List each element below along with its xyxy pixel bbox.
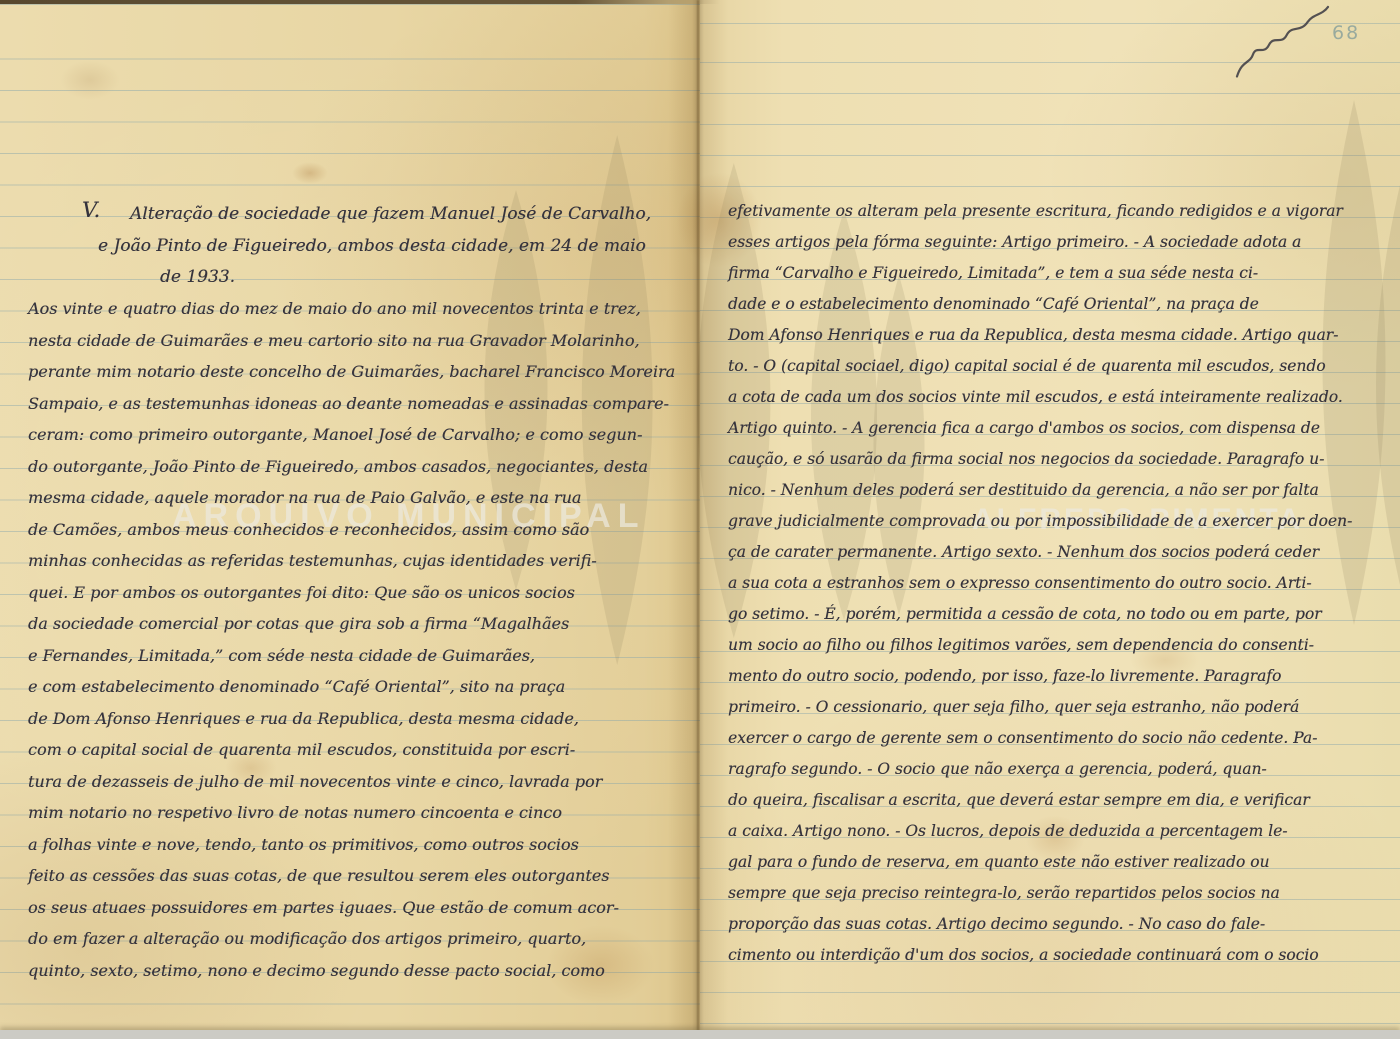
manuscript-line: Alteração de sociedade que fazem Manuel …: [130, 199, 688, 231]
manuscript-line: ça de carater permanente. Artigo sexto. …: [728, 537, 1373, 568]
manuscript-line: mim notario no respetivo livro de notas …: [28, 797, 688, 829]
manuscript-line: do outorgante, João Pinto de Figueiredo,…: [28, 451, 688, 483]
manuscript-line: quei. E por ambos os outorgantes foi dit…: [28, 577, 688, 609]
manuscript-line: a cota de cada um dos socios vinte mil e…: [728, 382, 1373, 413]
manuscript-line: e João Pinto de Figueiredo, ambos desta …: [98, 231, 688, 263]
manuscript-line: os seus atuaes possuidores em partes igu…: [28, 892, 688, 924]
manuscript-line: Aos vinte e quatro dias do mez de maio d…: [28, 293, 688, 325]
manuscript-line: Dom Afonso Henriques e rua da Republica,…: [728, 320, 1373, 351]
scan-bottom-edge: [0, 1030, 1400, 1039]
manuscript-line: da sociedade comercial por cotas que gir…: [28, 608, 688, 640]
manuscript-line: go setimo. - É, porém, permitida a cessã…: [728, 599, 1373, 630]
manuscript-line: do queira, fiscalisar a escrita, que dev…: [728, 785, 1373, 816]
manuscript-line: perante mim notario deste concelho de Gu…: [28, 356, 688, 388]
manuscript-scan: ARQUIVO MUNICIPAL ALFREDO PIMENTA V. Alt…: [0, 0, 1400, 1039]
manuscript-line: esses artigos pela fórma seguinte: Artig…: [728, 227, 1373, 258]
manuscript-line: Artigo quinto. - A gerencia fica a cargo…: [728, 413, 1373, 444]
manuscript-line: a sua cota a estranhos sem o expresso co…: [728, 568, 1373, 599]
manuscript-line: feito as cessões das suas cotas, de que …: [28, 860, 688, 892]
manuscript-line: e Fernandes, Limitada,” com séde nesta c…: [28, 640, 688, 672]
archivist-page-number: 68: [1332, 22, 1360, 44]
manuscript-line: quinto, sexto, setimo, nono e decimo seg…: [28, 955, 688, 987]
manuscript-line: efetivamente os alteram pela presente es…: [728, 196, 1373, 227]
manuscript-line: nesta cidade de Guimarães e meu cartorio…: [28, 325, 688, 357]
manuscript-line: proporção das suas cotas. Artigo decimo …: [728, 909, 1373, 940]
manuscript-line: sempre que seja preciso reintegra-lo, se…: [728, 878, 1373, 909]
manuscript-line: nico. - Nenhum deles poderá ser destitui…: [728, 475, 1373, 506]
manuscript-line: mesma cidade, aquele morador na rua de P…: [28, 482, 688, 514]
manuscript-line: grave judicialmente comprovada ou por im…: [728, 506, 1373, 537]
manuscript-line: com o capital social de quarenta mil esc…: [28, 734, 688, 766]
manuscript-line: dade e o estabelecimento denominado “Caf…: [728, 289, 1373, 320]
manuscript-line: firma “Carvalho e Figueiredo, Limitada”,…: [728, 258, 1373, 289]
manuscript-line: cimento ou interdição d'um dos socios, a…: [728, 940, 1373, 971]
manuscript-line: tura de dezasseis de julho de mil novece…: [28, 766, 688, 798]
manuscript-line: mento do outro socio, podendo, por isso,…: [728, 661, 1373, 692]
manuscript-line: e com estabelecimento denominado “Café O…: [28, 671, 688, 703]
deed-title: Alteração de sociedade que fazem Manuel …: [28, 199, 688, 294]
manuscript-line: a folhas vinte e nove, tendo, tanto os p…: [28, 829, 688, 861]
manuscript-line: exercer o cargo de gerente sem o consent…: [728, 723, 1373, 754]
manuscript-line: de 1933.: [160, 262, 688, 294]
manuscript-line: a caixa. Artigo nono. - Os lucros, depoi…: [728, 816, 1373, 847]
manuscript-line: to. - O (capital sociael, digo) capital …: [728, 351, 1373, 382]
manuscript-line: de Dom Afonso Henriques e rua da Republi…: [28, 703, 688, 735]
manuscript-line: primeiro. - O cessionario, quer seja fil…: [728, 692, 1373, 723]
manuscript-line: de Camões, ambos meus conhecidos e recon…: [28, 514, 688, 546]
manuscript-line: um socio ao filho ou filhos legitimos va…: [728, 630, 1373, 661]
manuscript-line: do em fazer a alteração ou modificação d…: [28, 923, 688, 955]
manuscript-line: minhas conhecidas as referidas testemunh…: [28, 545, 688, 577]
scan-top-edge: [0, 0, 720, 4]
manuscript-line: Sampaio, e as testemunhas idoneas ao dea…: [28, 388, 688, 420]
gutter-crease-line: [697, 0, 699, 1031]
manuscript-line: gal para o fundo de reserva, em quanto e…: [728, 847, 1373, 878]
manuscript-line: caução, e só usarão da firma social nos …: [728, 444, 1373, 475]
right-page-text: efetivamente os alteram pela presente es…: [728, 196, 1373, 971]
manuscript-line: ragrafo segundo. - O socio que não exerç…: [728, 754, 1373, 785]
left-page-text: Aos vinte e quatro dias do mez de maio d…: [28, 293, 688, 986]
manuscript-line: ceram: como primeiro outorgante, Manoel …: [28, 419, 688, 451]
